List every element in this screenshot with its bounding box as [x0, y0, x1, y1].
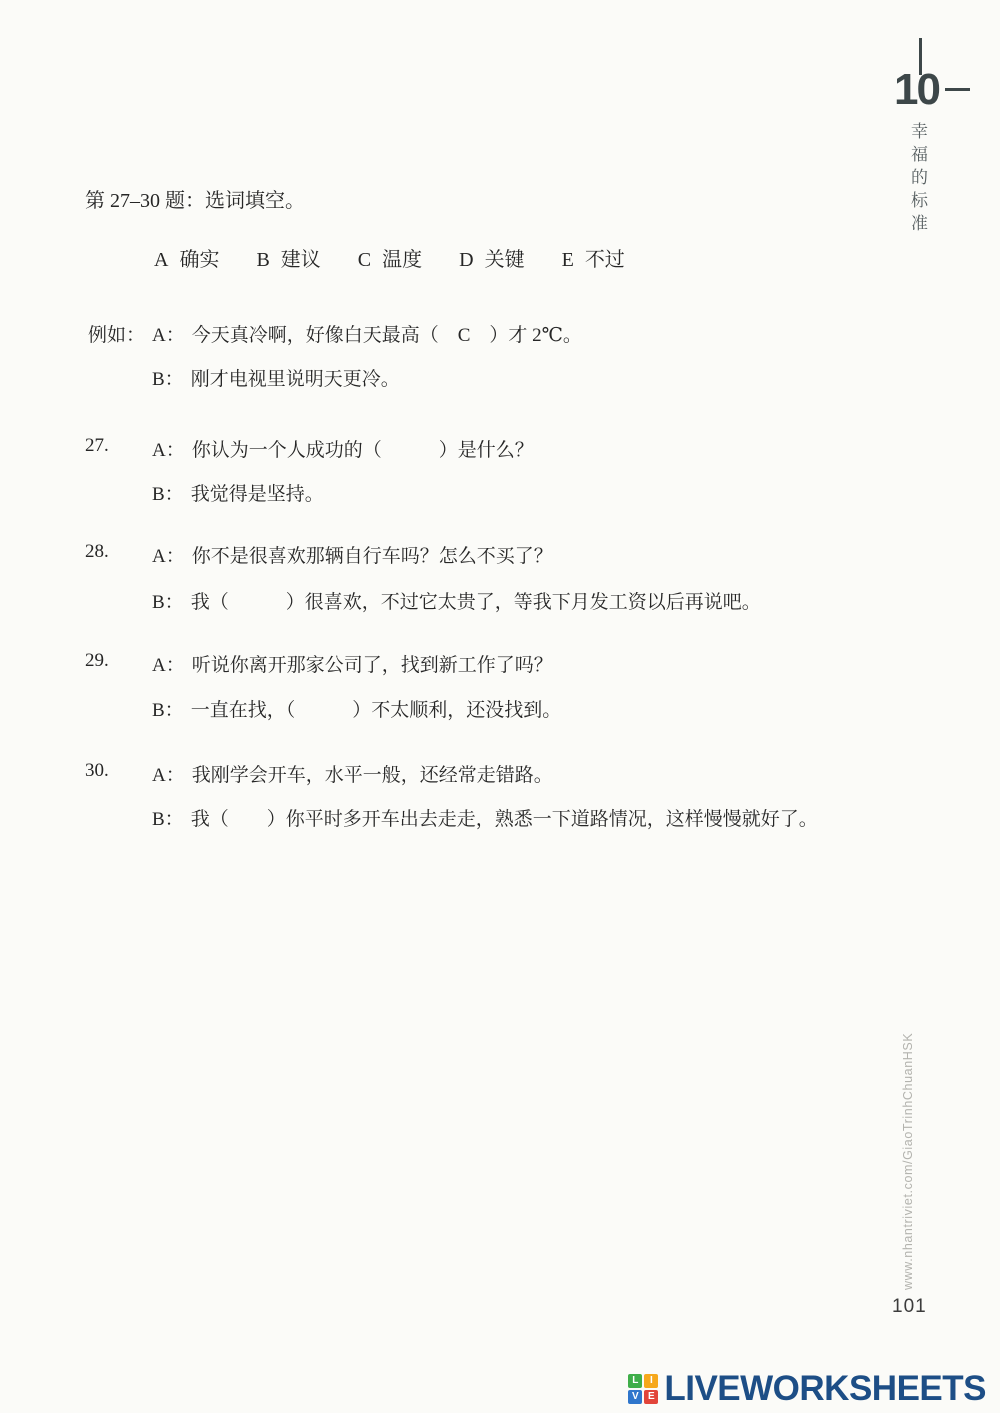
chapter-title-vertical: 幸福的标准: [905, 122, 930, 237]
speaker-a-label: A：: [152, 655, 185, 676]
question-text-a: 你不是很喜欢那辆自行车吗？怎么不买了？: [192, 546, 553, 567]
question-text-b: 我觉得是坚持。: [191, 484, 324, 505]
speaker-a-label: A：: [152, 440, 185, 461]
question-text-b: 我（ ）你平时多开车出去走走，熟悉一下道路情况，这样慢慢就好了。: [191, 809, 818, 830]
speaker-a-label: A：: [152, 765, 185, 786]
question-line-a: A：你不是很喜欢那辆自行车吗？怎么不买了？: [152, 541, 553, 568]
example-text-b: 刚才电视里说明天更冷。: [191, 369, 400, 390]
option-word: 不过: [585, 249, 625, 271]
option-word: 关键: [485, 249, 525, 271]
question-text-a: 你认为一个人成功的（ ）是什么？: [192, 440, 534, 461]
speaker-b-label: B：: [152, 369, 184, 390]
example-line-a: A：今天真冷啊，好像白天最高（ C ）才 2℃。: [152, 320, 582, 347]
question-line-b: B：我（ ）你平时多开车出去走走，熟悉一下道路情况，这样慢慢就好了。: [152, 804, 818, 831]
example-label: 例如：: [88, 320, 145, 347]
example-line-b: B：刚才电视里说明天更冷。: [152, 364, 400, 391]
question-line-b: B：我（ ）很喜欢，不过它太贵了，等我下月发工资以后再说吧。: [152, 587, 761, 614]
option-a: A确实: [154, 243, 219, 272]
question-text-b: 一直在找，（ ）不太顺利，还没找到。: [191, 700, 562, 721]
example-text-a: 今天真冷啊，好像白天最高（ C ）才 2℃。: [192, 325, 582, 346]
question-number: 29.: [85, 650, 109, 672]
word-options-row: A确实 B建议 C温度 D关键 E不过: [154, 243, 625, 272]
question-line-a: A：你认为一个人成功的（ ）是什么？: [152, 435, 534, 462]
logo-square-i: I: [644, 1374, 658, 1388]
option-c: C温度: [358, 243, 422, 272]
question-line-b: B：我觉得是坚持。: [152, 479, 324, 506]
chapter-rule-dash: [945, 88, 970, 91]
option-letter: B: [256, 249, 269, 271]
speaker-b-label: B：: [152, 592, 184, 613]
speaker-b-label: B：: [152, 809, 184, 830]
question-number: 28.: [85, 541, 109, 563]
question-line-a: A：听说你离开那家公司了，找到新工作了吗？: [152, 650, 553, 677]
worksheet-page: 10 幸福的标准 第 27–30 题：选词填空。 A确实 B建议 C温度 D关键…: [0, 0, 1000, 1413]
option-letter: C: [358, 249, 371, 271]
option-word: 温度: [382, 249, 422, 271]
logo-square-l: L: [628, 1374, 642, 1388]
liveworksheets-logo-icon: L I V E: [628, 1374, 658, 1404]
question-number: 27.: [85, 435, 109, 457]
logo-square-v: V: [628, 1390, 642, 1404]
option-letter: A: [154, 249, 168, 271]
question-text-a: 听说你离开那家公司了，找到新工作了吗？: [192, 655, 553, 676]
question-line-a: A：我刚学会开车，水平一般，还经常走错路。: [152, 760, 553, 787]
page-number: 101: [892, 1296, 927, 1318]
question-number: 30.: [85, 760, 109, 782]
speaker-a-label: A：: [152, 546, 185, 567]
option-e: E不过: [562, 243, 625, 272]
logo-square-e: E: [644, 1390, 658, 1404]
liveworksheets-wordmark: LIVEWORKSHEETS: [664, 1371, 986, 1406]
option-letter: D: [459, 249, 473, 271]
speaker-b-label: B：: [152, 484, 184, 505]
option-d: D关键: [459, 243, 524, 272]
option-b: B建议: [256, 243, 320, 272]
speaker-a-label: A：: [152, 325, 185, 346]
question-text-a: 我刚学会开车，水平一般，还经常走错路。: [192, 765, 553, 786]
exercise-instruction: 第 27–30 题：选词填空。: [85, 184, 305, 213]
liveworksheets-logo[interactable]: L I V E LIVEWORKSHEETS: [628, 1371, 986, 1406]
option-letter: E: [562, 249, 574, 271]
speaker-b-label: B：: [152, 700, 184, 721]
chapter-number: 10: [894, 68, 939, 112]
question-text-b: 我（ ）很喜欢，不过它太贵了，等我下月发工资以后再说吧。: [191, 592, 761, 613]
publisher-url-vertical: www.nhantriviet.com/GiaoTrinhChuanHSK: [901, 985, 915, 1290]
option-word: 确实: [179, 249, 219, 271]
option-word: 建议: [281, 249, 321, 271]
question-line-b: B：一直在找，（ ）不太顺利，还没找到。: [152, 695, 561, 722]
